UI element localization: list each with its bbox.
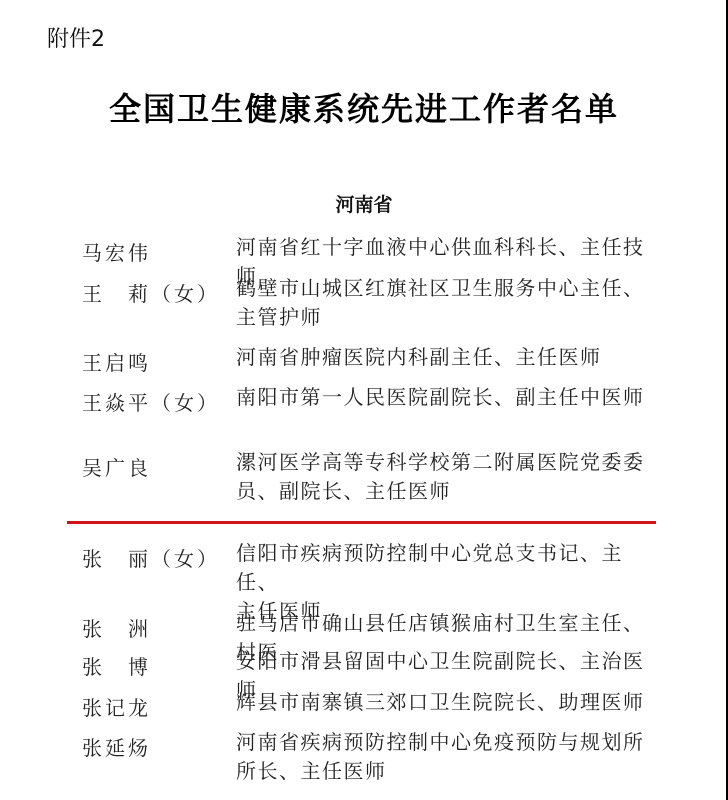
person-title-line: 河南省疾病预防控制中心免疫预防与规划所 <box>236 728 656 757</box>
person-title-line: 员、副院长、主任医师 <box>236 477 656 506</box>
person-name: 张延炀 <box>82 732 151 761</box>
person-title-line: 河南省肿瘤医院内科副主任、主任医师 <box>236 343 656 372</box>
person-title: 南阳市第一人民医院副院长、副主任中医师 <box>236 383 656 412</box>
person-title: 漯河医学高等专科学校第二附属医院党委委 员、副院长、主任医师 <box>236 448 656 506</box>
person-title: 河南省疾病预防控制中心免疫预防与规划所 所长、主任医师 <box>236 728 656 786</box>
person-name: 张记龙 <box>82 692 151 721</box>
person-title-line: 主管护师 <box>236 303 656 332</box>
person-name: 张 博 <box>82 651 151 680</box>
person-title-line: 鹤壁市山城区红旗社区卫生服务中心主任、 <box>236 274 656 303</box>
person-title: 河南省肿瘤医院内科副主任、主任医师 <box>236 343 656 372</box>
person-name: 吴广良 <box>82 452 151 481</box>
person-name: 王焱平（女） <box>82 387 220 416</box>
person-title-line: 南阳市第一人民医院副院长、副主任中医师 <box>236 383 656 412</box>
red-divider-line <box>67 521 656 524</box>
person-name: 张 洲 <box>82 613 151 642</box>
page-title: 全国卫生健康系统先进工作者名单 <box>0 84 728 130</box>
person-name: 张 丽（女） <box>82 543 220 572</box>
person-title: 辉县市南寨镇三郊口卫生院院长、助理医师 <box>236 688 656 717</box>
person-name: 王 莉（女） <box>82 278 220 307</box>
person-name: 王启鸣 <box>82 347 151 376</box>
attachment-label: 附件2 <box>47 22 105 53</box>
province-heading: 河南省 <box>0 190 728 217</box>
person-title-line: 辉县市南寨镇三郊口卫生院院长、助理医师 <box>236 688 656 717</box>
person-title-line: 信阳市疾病预防控制中心党总支书记、主任、 <box>236 539 656 597</box>
person-title-line: 漯河医学高等专科学校第二附属医院党委委 <box>236 448 656 477</box>
person-name: 马宏伟 <box>82 237 151 266</box>
person-title: 鹤壁市山城区红旗社区卫生服务中心主任、 主管护师 <box>236 274 656 332</box>
person-title-line: 所长、主任医师 <box>236 757 656 786</box>
